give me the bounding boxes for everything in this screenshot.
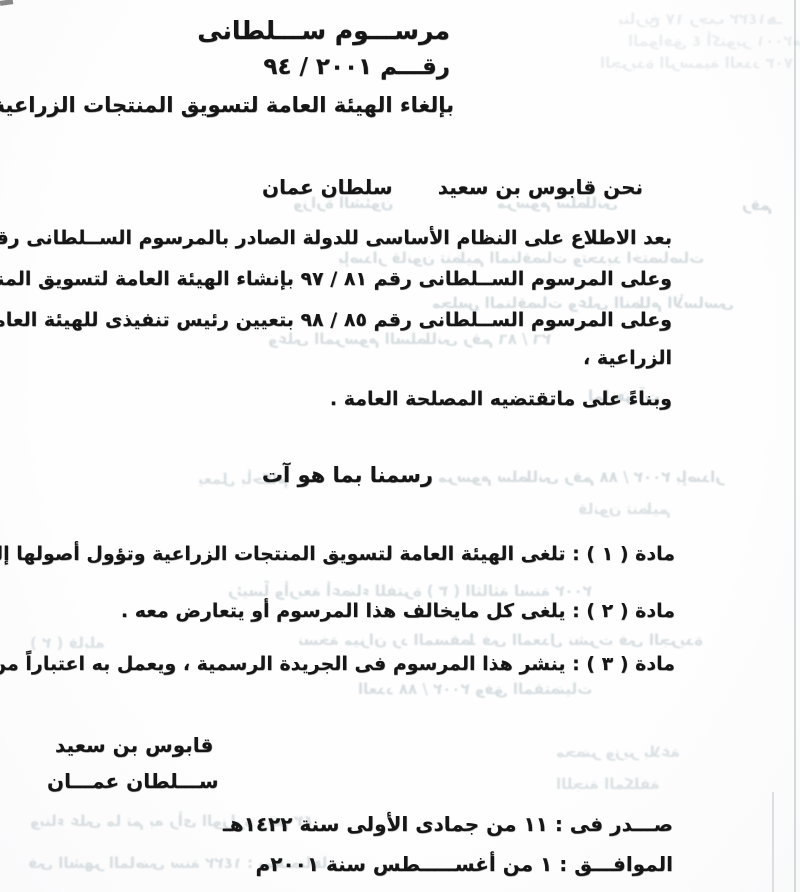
signature-name: قابوس بن سعيد <box>55 733 213 757</box>
paper-background <box>0 0 800 892</box>
decree-number: رقـــم ٢٠٠١ / ٩٤ <box>263 54 450 80</box>
sultan-salutation-name: نحن قابوس بن سعيد <box>438 175 643 199</box>
bleed-through-artifact: نسخة ميزان رد المسقط فى المعدل نشرت فى ا… <box>298 631 703 649</box>
scan-edge-line <box>794 0 796 892</box>
bleed-through-artifact: اللجنة المكلفة <box>556 775 660 793</box>
signature-role: ســـلطان عمـــان <box>47 769 219 793</box>
issued-date-line: صـــدر فى : ١١ من جمادى الأولى سنة ١٤٢٢ه… <box>223 812 673 836</box>
bleed-through-artifact: الجريدة الرسمية العدد ٧٠٣ <box>600 54 793 72</box>
enactment-clause: رسمنا بما هو آت <box>262 463 433 487</box>
bleed-through-artifact: بإصدار قانون تنظيم المناقصات وتحديد اختص… <box>338 249 704 267</box>
decree-title: مرســـوم ســـلطانى <box>197 16 450 45</box>
bleed-through-artifact: العدد ٨٨ / ٢٠٠٢ وفق المقتضيات <box>358 680 592 698</box>
gregorian-date-line: الموافـــق : ١ من أغســـــطس سنة ٢٠٠١م <box>256 852 673 876</box>
preamble-line-1: بعد الاطلاع على النظام الأساسى للدولة ال… <box>0 227 672 249</box>
bleed-through-artifact: قانون تنظيم <box>578 500 671 518</box>
bleed-through-artifact: رقم <box>742 196 772 214</box>
article-1: مادة ( ١ ) : تلغى الهيئة العامة لتسويق ا… <box>0 543 675 565</box>
preamble-line-5: وبناءً على ماتقتضيه المصلحة العامة . <box>330 388 672 410</box>
article-2: مادة ( ٢ ) : يلغى كل مايخالف هذا المرسوم… <box>121 600 675 622</box>
preamble-line-4: الزراعية ، <box>583 347 672 369</box>
preamble-line-2: وعلى المرسوم الســلطانى رقم ٨١ / ٩٧ بإنش… <box>0 268 672 290</box>
bleed-through-artifact: رئيساً وأربعة أعضاء للفترة ( ٣ ) الثالثة… <box>228 582 592 600</box>
bleed-through-artifact: مرسوم سلطانى رقم ٨٨ / ٢٠٠٢ بإصدار <box>438 468 724 486</box>
scan-fold-line <box>772 792 774 892</box>
article-3: مادة ( ٣ ) : ينشر هذا المرسوم فى الجريدة… <box>0 653 675 675</box>
bleed-through-artifact: بتاريخ ١٧ رجب ١٤٢٢هـ <box>618 10 782 28</box>
bleed-through-artifact: الموافق ٤ أكتوبر ٢٠٠١م <box>628 32 800 50</box>
sultan-salutation-role: سلطان عمان <box>262 175 393 199</box>
bleed-through-artifact: ( ٢ ) قابله <box>30 634 105 652</box>
scanned-decree-page: { "document_kind": "royal-decree-scan", … <box>0 0 800 892</box>
bleed-through-artifact: محضر وزير بلاغة <box>556 743 680 761</box>
preamble-line-3: وعلى المرسوم الســلطانى رقم ٨٥ / ٩٨ بتعي… <box>0 309 672 331</box>
decree-subject: بإلغاء الهيئة العامة لتسويق المنتجات الز… <box>0 93 454 117</box>
bleed-through-artifact: وعلى المرسوم السلطانى رقم ٨٦ / ٢٦ <box>268 330 551 348</box>
